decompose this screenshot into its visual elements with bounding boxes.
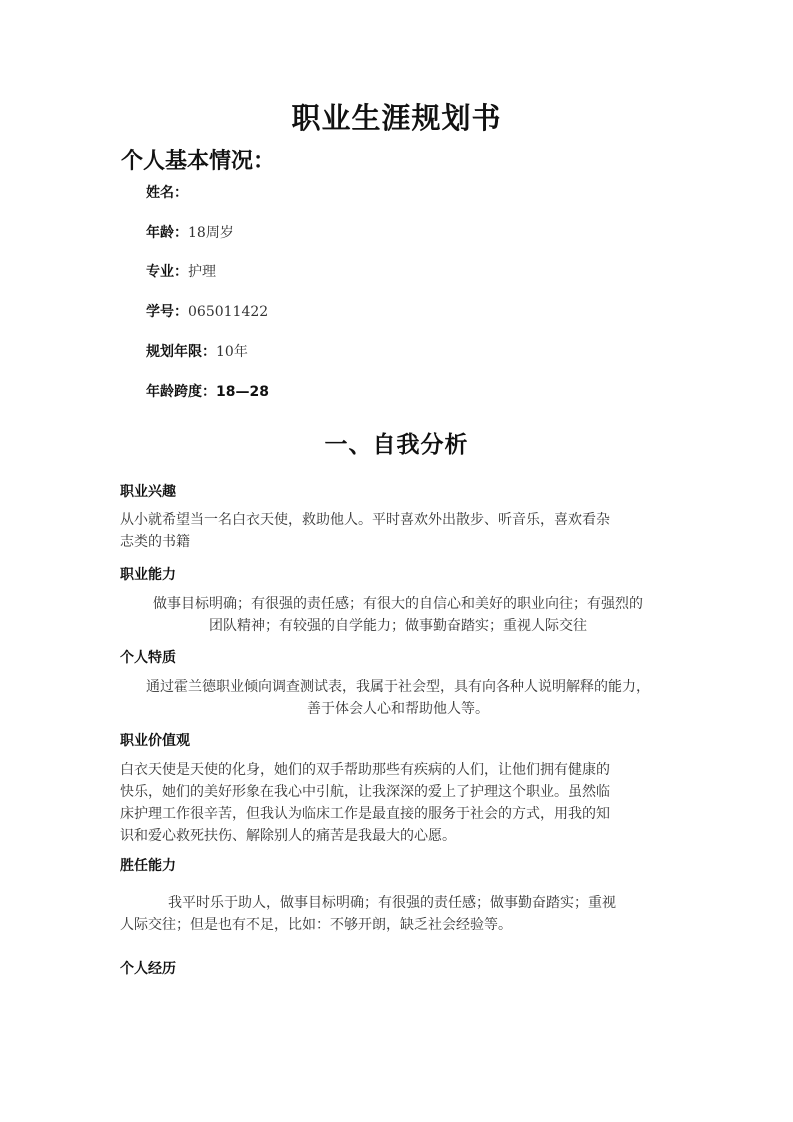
info-label: 学号：	[146, 304, 188, 320]
section-title-self-analysis: 一、自我分析	[0, 426, 793, 459]
info-row-student-id: 学号：065011422	[146, 301, 268, 321]
info-label: 姓名：	[146, 185, 188, 201]
text-line: 白衣天使是天使的化身，她们的双手帮助那些有疾病的人们，让他们拥有健康的	[120, 759, 676, 781]
paragraph-career-interest: 从小就希望当一名白衣天使，救助他人。平时喜欢外出散步、听音乐，喜欢看杂 志类的书…	[120, 509, 676, 553]
info-value: 10年	[216, 344, 248, 360]
basic-info-heading: 个人基本情况：	[121, 144, 275, 175]
text-line: 团队精神；有较强的自学能力；做事勤奋踏实；重视人际交往	[120, 615, 676, 637]
text-line: 人际交往；但是也有不足，比如：不够开朗，缺乏社会经验等。	[120, 914, 676, 936]
text-line: 从小就希望当一名白衣天使，救助他人。平时喜欢外出散步、听音乐，喜欢看杂	[120, 509, 676, 531]
info-label: 专业：	[146, 264, 188, 280]
text-line: 志类的书籍	[120, 531, 676, 553]
subheading-personal-traits: 个人特质	[120, 647, 176, 667]
info-row-age-span: 年龄跨度：18—28	[146, 381, 269, 401]
paragraph-career-values: 白衣天使是天使的化身，她们的双手帮助那些有疾病的人们，让他们拥有健康的 快乐，她…	[120, 759, 676, 847]
paragraph-competency: 我平时乐于助人，做事目标明确；有很强的责任感；做事勤奋踏实；重视 人际交往；但是…	[120, 892, 676, 936]
subheading-competency: 胜任能力	[120, 855, 176, 875]
info-value: 065011422	[188, 304, 268, 320]
text-line: 识和爱心救死扶伤、解除别人的痛苦是我最大的心愿。	[120, 825, 676, 847]
text-line: 通过霍兰德职业倾向调查测试表，我属于社会型，具有向各种人说明解释的能力，	[120, 676, 676, 698]
paragraph-personal-traits: 通过霍兰德职业倾向调查测试表，我属于社会型，具有向各种人说明解释的能力， 善于体…	[120, 676, 676, 720]
info-row-age: 年龄：18周岁	[146, 222, 234, 242]
info-label: 规划年限：	[146, 344, 216, 360]
subheading-personal-experience: 个人经历	[120, 958, 176, 978]
info-value: 护理	[188, 264, 216, 280]
info-label: 年龄：	[146, 225, 188, 241]
paragraph-career-ability: 做事目标明确；有很强的责任感；有很大的自信心和美好的职业向往；有强烈的 团队精神…	[120, 593, 676, 637]
info-row-plan-years: 规划年限：10年	[146, 341, 248, 361]
info-value: 18—28	[216, 384, 269, 400]
text-line: 床护理工作很辛苦，但我认为临床工作是最直接的服务于社会的方式，用我的知	[120, 803, 676, 825]
text-line: 做事目标明确；有很强的责任感；有很大的自信心和美好的职业向往；有强烈的	[120, 593, 676, 615]
info-label: 年龄跨度：	[146, 384, 216, 400]
info-row-major: 专业：护理	[146, 261, 216, 281]
info-value: 18周岁	[188, 225, 234, 241]
subheading-career-interest: 职业兴趣	[120, 481, 176, 501]
text-line: 快乐，她们的美好形象在我心中引航，让我深深的爱上了护理这个职业。虽然临	[120, 781, 676, 803]
subheading-career-ability: 职业能力	[120, 564, 176, 584]
subheading-career-values: 职业价值观	[120, 730, 190, 750]
text-line: 善于体会人心和帮助他人等。	[120, 698, 676, 720]
document-title: 职业生涯规划书	[0, 96, 793, 137]
text-line: 我平时乐于助人，做事目标明确；有很强的责任感；做事勤奋踏实；重视	[120, 892, 676, 914]
info-row-name: 姓名：	[146, 182, 188, 202]
